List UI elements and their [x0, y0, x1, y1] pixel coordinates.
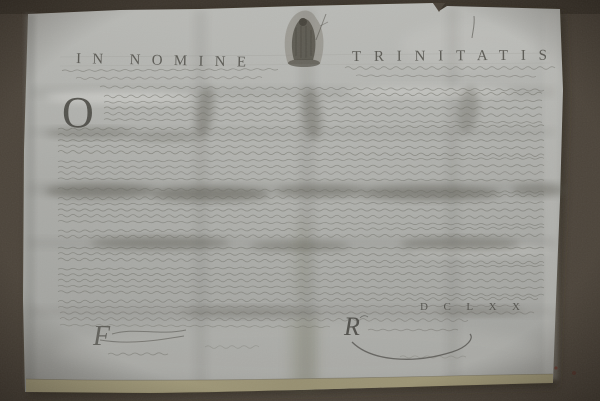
charter-photo-canvas: IN NOMINE TRINITATIS O F DCLXX R [0, 0, 600, 401]
photo-of-parchment-charter: IN NOMINE TRINITATIS O F DCLXX R [0, 0, 600, 401]
photo-grain [0, 0, 600, 401]
